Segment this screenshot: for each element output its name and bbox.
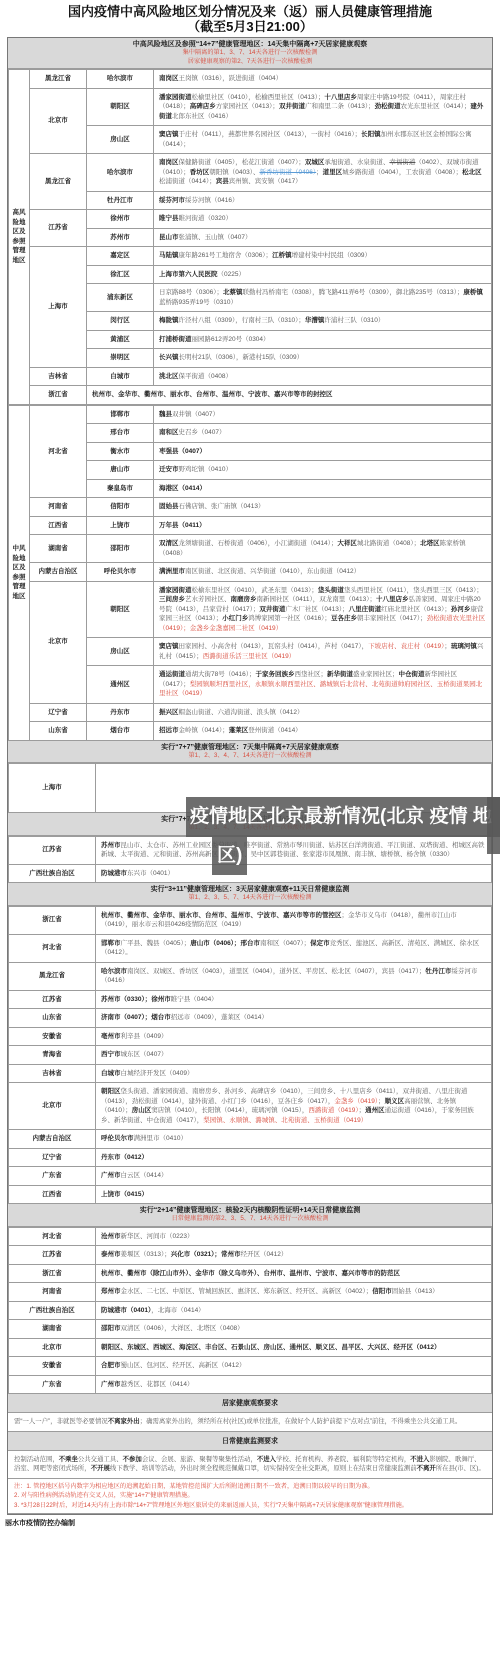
- text-segment: 鸿博家园第一社区（0416）；: [248, 615, 331, 622]
- text-segment: （0225）: [218, 271, 245, 278]
- text-segment: 劲松街道: [375, 103, 401, 110]
- text-segment: 西潞街道（0419）: [308, 1107, 358, 1114]
- text-segment: 联勤村冯桥南宅（0308），腾飞路411弄6号（0309），御北路235号（03…: [242, 289, 463, 296]
- text-segment: 学校、托育机构、养老院、福利院等特定机构，: [276, 1456, 410, 1463]
- text-segment: 万年县（0411）: [159, 522, 206, 529]
- risk-list-table: 河北省沧州市新华区、河间市（0223）江苏省泰州市姜堰区（0313）；兴化市（0…: [8, 1227, 492, 1395]
- city-cell: 哈尔滨市: [87, 154, 154, 192]
- table-row: 吉林省白城市洮北区保平街道（0408）: [9, 367, 492, 386]
- text-segment: 龙须塘街道、石桥街道（0406），小江湖街道（0414）；: [179, 540, 338, 547]
- document: 国内疫情中高风险地区划分情况及来（返）丽人员健康管理措施 （截至5月3日21:0…: [0, 0, 500, 1528]
- text-segment: 固始县: [159, 503, 179, 510]
- section-header-line: 集中隔离的第1、3、7、14天各进行一次核酸检测: [10, 49, 490, 58]
- table-row: 辽宁省丹东市振兴区帽盔山街道、六道沟街道、浪头镇（0412）: [9, 703, 492, 722]
- text-segment: 睢宁县（0404）: [171, 996, 218, 1003]
- province-cell: 河南省: [9, 1283, 96, 1302]
- risk-list-table: 浙江省杭州市、衢州市、金华市、丽水市、台州市、温州市、宁波市、嘉兴市等市的管控区…: [8, 906, 492, 1205]
- detail-cell: 苏州市昆山市、太仓市、苏州工业园区娄葑街道、唯亭街道、常熟市琴川街道、姑苏区白洋…: [96, 836, 492, 864]
- province-cell: 广西壮族自治区: [9, 1301, 96, 1320]
- text-segment: 洮北区: [159, 373, 179, 380]
- page-title: 国内疫情中高风险地区划分情况及来（返）丽人员健康管理措施 （截至5月3日21:0…: [0, 0, 500, 34]
- watermark-right-block: [487, 797, 500, 854]
- text-segment: 朝阳镇（0403）、: [209, 169, 259, 176]
- detail-cell: 潘家园街道松榆东里社区（0410），武圣东里（0413）；垡头街道垡头西里社区（…: [154, 581, 492, 638]
- text-segment: 城乡路街道（0404），工农街道（0408）；: [342, 169, 462, 176]
- table-row: 江苏省苏州市（0330）；徐州市睢宁县（0404）: [9, 990, 492, 1009]
- text-segment: 保健路街道（0405），松花江街道（0407）；: [179, 159, 305, 166]
- table-row: 内蒙古自治区呼伦贝尔市满洲里市南区街道、北区街道、兴华街道（0410），东山街道…: [9, 563, 492, 582]
- text-segment: 豆各庄乡: [331, 615, 357, 622]
- province-cell: 黑龙江省: [30, 70, 87, 89]
- text-segment: 满洲里市: [159, 568, 185, 575]
- text-segment: 日京路88号（0306）；: [159, 289, 223, 296]
- detail-cell: 满洲里市南区街道、北区街道、兴华街道（0410），东山街道（0412）: [154, 563, 492, 582]
- table-row: 辽宁省丹东市（0412）: [9, 1148, 492, 1167]
- detail-cell: 招远市金岭镇（0414）；蓬莱区登州街道（0414）: [154, 722, 492, 741]
- text-segment: 兴化市（0321）；: [171, 1251, 221, 1258]
- text-segment: 朝阳区、东城区、西城区、海淀区、丰台区、石景山区、房山区、通州区、顺义区、昌平区…: [101, 1344, 440, 1351]
- text-segment: 顺义区: [385, 1098, 405, 1105]
- city-cell: 白城市: [87, 367, 154, 386]
- note-line: 3. *3月28日22时后，对近14天内有上海市除“14+7”管理地区外地区旅居…: [14, 1501, 486, 1511]
- text-segment: 烟台市: [151, 1014, 171, 1021]
- text-segment: 王岗镇（0316），跃进街道（0404）: [179, 75, 283, 82]
- detail-cell: 广州市白云区（0414）: [96, 1167, 492, 1186]
- text-segment: 康年路261号工地宿舍（0306）；: [179, 252, 273, 259]
- text-segment: 房山区: [132, 1107, 152, 1114]
- text-segment: 姜堰区（0313）；: [121, 1251, 171, 1258]
- text-segment: 双清区（0406），大祥区、北塔区（0408）: [121, 1325, 244, 1332]
- text-segment: 潘家园街道: [159, 94, 192, 101]
- text-segment: 宾州镇、宾安镇（0417）: [229, 178, 302, 185]
- city-cell: 牡丹江市: [87, 191, 154, 210]
- table-row: 山东省烟台市招远市金岭镇（0414）；蓬莱区登州街道（0414）: [9, 722, 492, 741]
- table-row: 北京市朝阳区垡头街道、潘家园街道、南磨房乡、孙河乡、高碑店乡（0410），三间房…: [9, 1083, 492, 1130]
- detail-cell: 迁安市野鸡坨镇（0410）: [154, 461, 492, 480]
- province-cell: 北京市: [9, 1338, 96, 1357]
- table-row: 河南省郑州市金水区、二七区、中原区、管城回族区、惠济区、郑东新区、经开区、高新区…: [9, 1283, 492, 1302]
- notes-block: 注：1. 管控地区括号内数字为相应地区的追溯起始日期，某地管控范围扩大后所附追溯…: [8, 1479, 492, 1515]
- city-cell: 朝阳区: [87, 88, 154, 126]
- city-cell: 嘉定区: [87, 247, 154, 266]
- text-segment: 会议、会展、旅游、聚餐等聚集性活动，: [142, 1456, 257, 1463]
- text-segment: 海港区（0414）: [159, 485, 206, 492]
- province-cell: 湖南省: [9, 1320, 96, 1339]
- text-segment: 哈尔滨市: [101, 968, 127, 975]
- text-segment: 琉璃河镇: [451, 643, 477, 650]
- text-segment: 通州区: [365, 1107, 385, 1114]
- text-segment: 城北路街道（0408）；: [357, 540, 420, 547]
- province-cell: 山东省: [9, 1009, 96, 1028]
- detail-cell: 窦店镇田家园村、小高舍村（0413），瓦窑头村（0414），芦村（0417），下…: [154, 638, 492, 666]
- city-cell: 房山区: [87, 638, 154, 666]
- table-row: 吉林省白城市白城经济开发区（0409）: [9, 1064, 492, 1083]
- text-segment: 通运街道: [159, 671, 185, 678]
- city-cell: 邢台市: [87, 424, 154, 443]
- text-segment: 金岭镇（0414）；: [179, 727, 229, 734]
- table-row: 江苏省泰州市姜堰区（0313）；兴化市（0321）；常州市经开区（0412）: [9, 1246, 492, 1265]
- detail-cell: 杭州市、衢州市（除江山市外）、金华市（除义乌市外）、台州市、温州市、宁波市、嘉兴…: [96, 1264, 492, 1283]
- text-segment: 昆山市: [159, 234, 179, 241]
- text-segment: 城东区（0407）: [121, 1051, 168, 1058]
- detail-cell: 南和区史召乡（0407）: [154, 424, 492, 443]
- province-cell: 江苏省: [9, 990, 96, 1009]
- text-segment: ；确需离家外出的，须经所在村(社区)或单位批准，在做好个人防护前提下“点对点”前…: [140, 1418, 462, 1425]
- risk-table: 中高风险地区及参照“14+7”健康管理地区：14天集中隔离+7天居家健康观察集中…: [7, 37, 493, 1515]
- city-cell: 哈尔滨市: [87, 70, 154, 89]
- table-row: 广西壮族自治区防城港市东兴市（0401）: [9, 864, 492, 883]
- text-segment: 南岗区: [159, 159, 179, 166]
- detail-cell: 防城港市东兴市（0401）: [96, 864, 492, 883]
- city-cell: 崇明区: [87, 349, 154, 368]
- text-segment: 梨园镇、永顺镇、潞城镇、北苑街道、玉桥街道（0419）: [203, 1117, 367, 1124]
- text-segment: 潘家园街道: [159, 587, 192, 594]
- detail-cell: 枣强县（0407）: [154, 442, 492, 461]
- detail-cell: 济南市（0407）；烟台市招远市（0409），蓬莱区（0414）: [96, 1009, 492, 1028]
- section-header: 实行“7+7”健康管理地区：7天集中隔离+7天居家健康观察第1、2、3、4、7、…: [8, 741, 492, 764]
- province-cell: 河北省: [30, 405, 87, 498]
- text-segment: 合肥市: [101, 1362, 121, 1369]
- risk-list-table: 江苏省苏州市昆山市、太仓市、苏州工业园区娄葑街道、唯亭街道、常熟市琴川街道、姑苏…: [8, 836, 492, 884]
- text-segment: 新华街道: [327, 671, 353, 678]
- note-line: 2. 对与阳性病例活动轨迹有交叉人员，实施“14+7”健康管理措施。: [14, 1491, 486, 1501]
- risk-side-label: 高风险地区及参照管理地区: [9, 70, 30, 405]
- table-row: 北京市朝阳区潘家园街道松榆东里社区（0410），武圣东里（0413）；垡头街道垡…: [9, 581, 492, 638]
- text-segment: 绥芬河市: [159, 197, 185, 204]
- table-row: 河南省信阳市固始县石佛店镇、张广庙镇（0413）: [9, 498, 492, 517]
- text-segment: 利辛县（0409）: [121, 1033, 168, 1040]
- table-row: 北京市朝阳区、东城区、西城区、海淀区、丰台区、石景山区、房山区、通州区、顺义区、…: [9, 1338, 492, 1357]
- detail-cell: 绥芬河市绥芬河镇（0416）: [154, 191, 492, 210]
- table-row: 湖南省邵阳市双清区龙须塘街道、石桥街道（0406），小江湖街道（0414）；大祥…: [9, 535, 492, 563]
- city-cell: 烟台市: [87, 722, 154, 741]
- section-header-line: 居家健康观察的第2、7天各进行一次核酸检测: [10, 58, 490, 67]
- city-cell: 苏州市: [87, 228, 154, 247]
- table-row: 青海省西宁市城东区（0407）: [9, 1046, 492, 1065]
- table-row: 广东省广州市越秀区、花都区（0414）: [9, 1375, 492, 1394]
- text-segment: 北蔡镇: [223, 289, 243, 296]
- text-segment: 睢宁县: [159, 215, 179, 222]
- text-segment: 亳州市: [101, 1033, 121, 1040]
- province-cell: 浙江省: [9, 1264, 96, 1283]
- city-cell: 丹东市: [87, 703, 154, 722]
- text-segment: 昆山市、太仓市、苏州工业园区娄葑街道、唯亭街道、常熟市琴川街道、姑苏区白洋湾街道…: [101, 842, 485, 859]
- text-segment: 张浦镇、玉山镇（0407）: [179, 234, 252, 241]
- text-segment: 满洲里市（0410）: [134, 1135, 187, 1142]
- section-header-line: 实行“2+14”健康管理地区：核验2天内核酸阴性证明+14天日常健康监测: [10, 1206, 490, 1215]
- text-segment: 南新园社区（0411），双龙南里（0413）；: [257, 596, 376, 603]
- section-header: 实行“3+11”健康管理地区：3天居家健康观察+11天日常健康监测第1、2、3、…: [8, 883, 492, 906]
- detail-cell: 丹东市（0412）: [96, 1148, 492, 1167]
- province-cell: 广东省: [9, 1375, 96, 1394]
- detail-cell: 通运街道通胡大街78号（0416）；于家务回族乡西垡社区；新华街道盛业家园社区；…: [154, 666, 492, 704]
- text-segment: 十八里店乡: [376, 596, 409, 603]
- detail-cell: 窦店镇于庄村（0411），燕都世界名园社区（0413），一街村（0416）；长阳…: [154, 126, 492, 154]
- detail-cell: 双清区龙须塘街道、石桥街道（0406），小江湖街道（0414）；大祥区城北路街道…: [154, 535, 492, 563]
- text-segment: 下坡店村、袁庄村（0419）: [368, 643, 444, 650]
- text-segment: 松榆里社区（0410），松榆西里社区（0413）；: [192, 94, 325, 101]
- province-cell: 河南省: [30, 498, 87, 517]
- risk-side-label: 中风险地区及参照管理地区: [9, 405, 30, 740]
- province-cell: 辽宁省: [9, 1148, 96, 1167]
- text-segment: 固始县（0413）: [392, 1288, 439, 1295]
- text-segment: ，北海市（0414）: [151, 1307, 204, 1314]
- text-segment: 南岗区、双城区、香坊区（0403），道里区（0404），道外区、平房区、松北区（…: [127, 968, 425, 975]
- province-cell: 河北省: [9, 934, 96, 962]
- text-segment: 松北区: [462, 169, 482, 176]
- title-line1: 国内疫情中高风险地区划分情况及来（返）丽人员健康管理措施: [0, 4, 500, 19]
- text-segment: 枣强县（0407）: [159, 448, 206, 455]
- text-segment: 防城港市: [101, 870, 127, 877]
- text-segment: 蓝桥路935弄19号（0310）: [159, 299, 237, 306]
- province-cell: 江苏省: [9, 1246, 96, 1265]
- detail-cell: 潘家园街道松榆里社区（0410），松榆西里社区（0413）；十八里店乡周家庄中路…: [154, 88, 492, 126]
- section-header-line: 第1、2、3、5、7、14天各进行一次核酸检测: [10, 894, 490, 903]
- text-segment: 石佛店镇、张广庙镇（0413）: [179, 503, 265, 510]
- title-line2: （截至5月3日21:00）: [0, 19, 500, 34]
- text-segment: 白城经济开发区（0409）: [121, 1070, 194, 1077]
- detail-cell: 邯郸市广平县、魏县（0405）；唐山市（0406）；邢台市南和区（0407）；保…: [96, 934, 492, 962]
- city-cell: 衡水市: [87, 442, 154, 461]
- text-segment: 南岗区: [159, 75, 179, 82]
- city-cell: 邵阳市: [87, 535, 154, 563]
- table-row: 江苏省苏州市昆山市、太仓市、苏州工业园区娄葑街道、唯亭街道、常熟市琴川街道、姑苏…: [9, 836, 492, 864]
- city-cell: 房山区: [87, 126, 154, 154]
- text-segment: 招远市（0409），蓬莱区（0414）: [171, 1014, 268, 1021]
- text-segment: 马陆镇: [159, 252, 179, 259]
- text-segment: 邢台市: [240, 940, 260, 947]
- city-cell: 呼伦贝尔市: [87, 563, 154, 582]
- text-segment: 松浦街道（0414）；: [159, 178, 216, 185]
- text-segment: 南区街道、北区街道、兴华街道（0410），东山街道（0412）: [185, 568, 360, 575]
- text-segment: 十八里店乡: [324, 94, 357, 101]
- detail-cell: 防城港市（0401），北海市（0414）: [96, 1301, 492, 1320]
- province-cell: 湖南省: [30, 535, 87, 563]
- text-segment: 幸福街道: [389, 159, 415, 166]
- text-segment: 农光东里社区（0414）；: [401, 103, 471, 110]
- text-segment: 西垡社区；: [294, 671, 327, 678]
- detail-cell: 朝阳区垡头街道、潘家园街道、南磨房乡、孙河乡、高碑店乡（0410），三间房乡、十…: [96, 1083, 492, 1130]
- table-row: 黑龙江省哈尔滨市南岗区、双城区、香坊区（0403），道里区（0404），道外区、…: [9, 962, 492, 990]
- province-cell: 江西省: [9, 1185, 96, 1204]
- text-segment: 保定市: [310, 940, 330, 947]
- text-segment: 窦店镇（0410），长阳镇（0414），琉璃河镇（0415），: [151, 1107, 308, 1114]
- table-row: 湖南省邵阳市双清区（0406），大祥区、北塔区（0408）: [9, 1320, 492, 1339]
- text-segment: 丹东市（0412）: [101, 1154, 148, 1161]
- text-segment: 蜀山区、包河区、经开区、高新区（0412）: [121, 1362, 246, 1369]
- text-segment: 增建村染中村民组（0309）: [292, 252, 371, 259]
- province-cell: 吉林省: [30, 367, 87, 386]
- text-segment: 垡头西里社区（0411），垡头西里三区（0413）；: [344, 587, 483, 594]
- table-row: 内蒙古自治区呼伦贝尔市满洲里市（0410）: [9, 1130, 492, 1149]
- text-segment: 中仓街道: [398, 671, 424, 678]
- risk-group-table: 高风险地区及参照管理地区黑龙江省哈尔滨市南岗区王岗镇（0316），跃进街道（04…: [8, 69, 492, 405]
- text-segment: 不开展: [91, 1465, 110, 1472]
- text-segment: 绥芬河镇（0416）: [185, 197, 238, 204]
- city-cell: 黄浦区: [87, 330, 154, 349]
- text-segment: 梨园镇顺坦西里社区，永顺镇永顺西里社区、潞城镇后北营村、北苑街道帅府园社区、玉桥…: [159, 681, 482, 698]
- detail-cell: 魏县双井镇（0407）: [154, 405, 492, 424]
- province-cell: 广东省: [9, 1167, 96, 1186]
- section-header-line: 第1、2、3、4、7、14天各进行一次核酸检测: [10, 752, 490, 761]
- table-row: 山东省济南市（0407）；烟台市招远市（0409），蓬莱区（0414）: [9, 1009, 492, 1028]
- text-segment: 不进入: [257, 1456, 276, 1463]
- text-segment: 通胡大街78号（0416）；: [185, 671, 255, 678]
- city-cell: 闵行区: [87, 312, 154, 331]
- text-segment: 泰州市: [101, 1251, 121, 1258]
- text-segment: 上饶市（0415）: [101, 1191, 148, 1198]
- text-segment: 线下教学、培训等活动，外出时须全程规范佩戴口罩，切实保持安全社交距离，原则上在结…: [110, 1465, 417, 1472]
- province-cell: 北京市: [30, 88, 87, 154]
- detail-cell: 南岗区王岗镇（0316），跃进街道（0404）: [154, 70, 492, 89]
- province-cell: 吉林省: [9, 1064, 96, 1083]
- province-cell: 安徽省: [9, 1357, 96, 1376]
- text-segment: 垡头街道: [318, 587, 344, 594]
- city-cell: 信阳市: [87, 498, 154, 517]
- text-segment: 史召乡（0407）: [179, 429, 226, 436]
- text-segment: 睢河街道（0320）: [179, 215, 232, 222]
- province-cell: 青海省: [9, 1046, 96, 1065]
- table-row: 广东省广州市白云区（0414）: [9, 1167, 492, 1186]
- text-segment: 江桥镇: [272, 252, 292, 259]
- text-segment: 窦店镇: [159, 131, 179, 138]
- detail-cell: 打浦桥街道丽园路612弄20号（0304）: [154, 330, 492, 349]
- text-segment: 于庄村（0411），燕都世界名园社区（0413），一街村（0416）；: [179, 131, 362, 138]
- table-row: 北京市朝阳区潘家园街道松榆里社区（0410），松榆西里社区（0413）；十八里店…: [9, 88, 492, 126]
- province-cell: 辽宁省: [30, 703, 87, 722]
- text-segment: 越秀区、花都区（0414）: [121, 1381, 194, 1388]
- text-segment: 双井镇（0407）: [172, 411, 219, 418]
- text-segment: 金水区、二七区、中原区、管城回族区、惠济区、郑东新区、经开区、高新区（0402）…: [121, 1288, 373, 1295]
- detail-cell: 睢宁县睢河街道（0320）: [154, 210, 492, 229]
- detail-cell: 上海市第六人民医院（0225）: [154, 265, 492, 284]
- text-segment: 广平县、魏县（0405）；: [121, 940, 191, 947]
- province-cell: 黑龙江省: [9, 962, 96, 990]
- detail-cell: 海港区（0414）: [154, 479, 492, 498]
- province-cell: 北京市: [9, 1083, 96, 1130]
- table-row: 浙江省杭州市、衢州市、金华市、丽水市、台州市、温州市、宁波市、嘉兴市等市的管控区…: [9, 906, 492, 934]
- detail-cell: 苏州市（0330）；徐州市睢宁县（0404）: [96, 990, 492, 1009]
- detail-cell: 日京路88号（0306）；北蔡镇联勤村冯桥南宅（0308），腾飞路411弄6号（…: [154, 284, 492, 312]
- text-segment: 广州市: [101, 1381, 121, 1388]
- text-segment: 魏县: [159, 411, 172, 418]
- text-segment: 徐州市: [151, 996, 171, 1003]
- province-cell: 内蒙古自治区: [9, 1130, 96, 1149]
- text-segment: 双城区: [305, 159, 325, 166]
- detail-cell: 朝阳区、东城区、西城区、海淀区、丰台区、石景山区、房山区、通州区、顺义区、昌平区…: [96, 1338, 492, 1357]
- text-segment: 长兴镇: [159, 354, 179, 361]
- text-segment: 小红门乡: [222, 615, 248, 622]
- table-row: 河北省邯郸市广平县、魏县（0405）；唐山市（0406）；邢台市南和区（0407…: [9, 934, 492, 962]
- text-segment: 帽盔山街道、六道沟街道、浪头镇（0412）: [179, 709, 304, 716]
- text-segment: 香坊区: [190, 169, 210, 176]
- text-segment: 康桥镇: [463, 289, 483, 296]
- text-segment: 郑州市: [101, 1288, 121, 1295]
- section-header-line: 实行“7+7”健康管理地区：7天集中隔离+7天居家健康观察: [10, 743, 490, 752]
- table-row: 江西省上饶市万年县（0411）: [9, 516, 492, 535]
- text-segment: 八里庄街道: [349, 606, 382, 613]
- table-row: 浙江省杭州市、衢州市（除江山市外）、金华市（除义乌市外）、台州市、温州市、宁波市…: [9, 1264, 492, 1283]
- text-segment: 不进入: [410, 1456, 429, 1463]
- section-header: 中高风险地区及参照“14+7”健康管理地区：14天集中隔离+7天居家健康观察集中…: [8, 38, 492, 69]
- text-segment: 双清区: [159, 540, 179, 547]
- text-segment: 金盏乡（0419）: [334, 1098, 378, 1105]
- requirement-text: 控制活动范围，不乘坐公共交通工具、不参加会议、会展、旅游、聚餐等聚集性活动，不进…: [8, 1451, 492, 1479]
- province-cell: 江苏省: [9, 836, 96, 864]
- text-segment: 高碑店乡: [190, 103, 216, 110]
- province-cell: 河北省: [9, 1227, 96, 1246]
- text-segment: 杭州市、衢州市（除江山市外）、金华市（除义乌市外）、台州市、温州市、宁波市、嘉兴…: [101, 1270, 400, 1277]
- table-row: 高风险地区及参照管理地区黑龙江省哈尔滨市南岗区王岗镇（0316），跃进街道（04…: [9, 70, 492, 89]
- city-cell: 邯郸市: [87, 405, 154, 424]
- text-segment: 于家务回族乡: [255, 671, 294, 678]
- text-segment: 白云区（0414）: [121, 1172, 168, 1179]
- province-cell: 江西省: [30, 516, 87, 535]
- note-line: 注：1. 管控地区括号内数字为相应地区的追溯起始日期，某地管控范围扩大后所附追溯…: [14, 1482, 486, 1492]
- text-segment: 打浦桥街道: [159, 336, 192, 343]
- text-segment: 北塔区: [420, 540, 440, 547]
- detail-cell: 昆山市张浦镇、玉山镇（0407）: [154, 228, 492, 247]
- province-cell: 上海市: [9, 764, 96, 813]
- credit-line: 丽水市疫情防控办编制: [5, 1518, 500, 1528]
- table-row: 上海市嘉定区马陆镇康年路261号工地宿舍（0306）；江桥镇增建村染中村民组（0…: [9, 247, 492, 266]
- text-segment: 杭州市、衢州市、金华市、丽水市、台州市、温州市、宁波市、嘉兴市等市的管控区: [101, 912, 342, 919]
- text-segment: 东兴市（0401）: [127, 870, 174, 877]
- table-row: 黑龙江省哈尔滨市南岗区保健路街道（0405），松花江街道（0407）；双城区承旭…: [9, 154, 492, 192]
- risk-group-table: 中风险地区及参照管理地区河北省邯郸市魏县双井镇（0407）邢台市南和区史召乡（0…: [8, 405, 492, 741]
- detail-cell: 沧州市新华区、河间市（0223）: [96, 1227, 492, 1246]
- detail-cell: 上饶市（0415）: [96, 1185, 492, 1204]
- text-segment: 红庙北里社区（0413）；: [381, 606, 451, 613]
- text-segment: 保平街道（0408）: [179, 373, 232, 380]
- table-row: 安徽省合肥市蜀山区、包河区、经开区、高新区（0412）: [9, 1357, 492, 1376]
- text-segment: 西宁市: [101, 1051, 121, 1058]
- text-segment: 公共交通工具、: [78, 1456, 123, 1463]
- text-segment: 南和区: [159, 429, 179, 436]
- text-segment: 承旭街道、水泉街道、: [324, 159, 389, 166]
- text-segment: 不离开: [417, 1465, 436, 1472]
- text-segment: 西潞街道乐活三里社区（0419）: [203, 653, 295, 660]
- table-row: 中风险地区及参照管理地区河北省邯郸市魏县双井镇（0407）: [9, 405, 492, 424]
- text-segment: 苏州市（0330）；: [101, 996, 151, 1003]
- section-header: 实行“2+14”健康管理地区：核验2天内核酸阴性证明+14天日常健康监测日常健康…: [8, 1204, 492, 1227]
- province-cell: 浙江省: [9, 906, 96, 934]
- province-cell: 山东省: [30, 722, 87, 741]
- text-segment: 道里区: [323, 169, 343, 176]
- text-segment: 许浦村三队（0310）: [324, 317, 384, 324]
- text-segment: 上海市第六人民医院: [159, 271, 218, 278]
- table-row: 河北省沧州市新华区、河间市（0223）: [9, 1227, 492, 1246]
- detail-cell: 南岗区保健路街道（0405），松花江街道（0407）；双城区承旭街道、水泉街道、…: [154, 154, 492, 192]
- province-cell: 江苏省: [30, 210, 87, 247]
- detail-cell: 哈尔滨市南岗区、双城区、香坊区（0403），道里区（0404），道外区、平房区、…: [96, 962, 492, 990]
- text-segment: 呼伦贝尔市: [101, 1135, 134, 1142]
- text-segment: 唐山市（0406）；: [190, 940, 240, 947]
- text-segment: 大祥区: [337, 540, 357, 547]
- detail-cell: 郑州市金水区、二七区、中原区、管城回族区、惠济区、郑东新区、经开区、高新区（04…: [96, 1283, 492, 1302]
- detail-cell: 洮北区保平街道（0408）: [154, 367, 492, 386]
- text-segment: 朝丰家园社区（0417）；: [357, 615, 427, 622]
- text-segment: 所在县(市、区)。: [436, 1465, 485, 1472]
- text-segment: 白城市: [101, 1070, 121, 1077]
- table-row: 江西省上饶市（0415）: [9, 1185, 492, 1204]
- text-segment: 丽园路612弄20号（0304）: [192, 336, 270, 343]
- text-segment: 招远市: [159, 727, 179, 734]
- text-segment: 朝阳区: [101, 1088, 121, 1095]
- detail-cell: 白城市白城经济开发区（0409）: [96, 1064, 492, 1083]
- text-segment: 田家园村、小高舍村（0413），瓦窑头村（0414），芦村（0417），: [179, 643, 369, 650]
- detail-cell: 梅陇镇许泾村八组（0309），行南村三队（0310）；华漕镇许浦村三队（0310…: [154, 312, 492, 331]
